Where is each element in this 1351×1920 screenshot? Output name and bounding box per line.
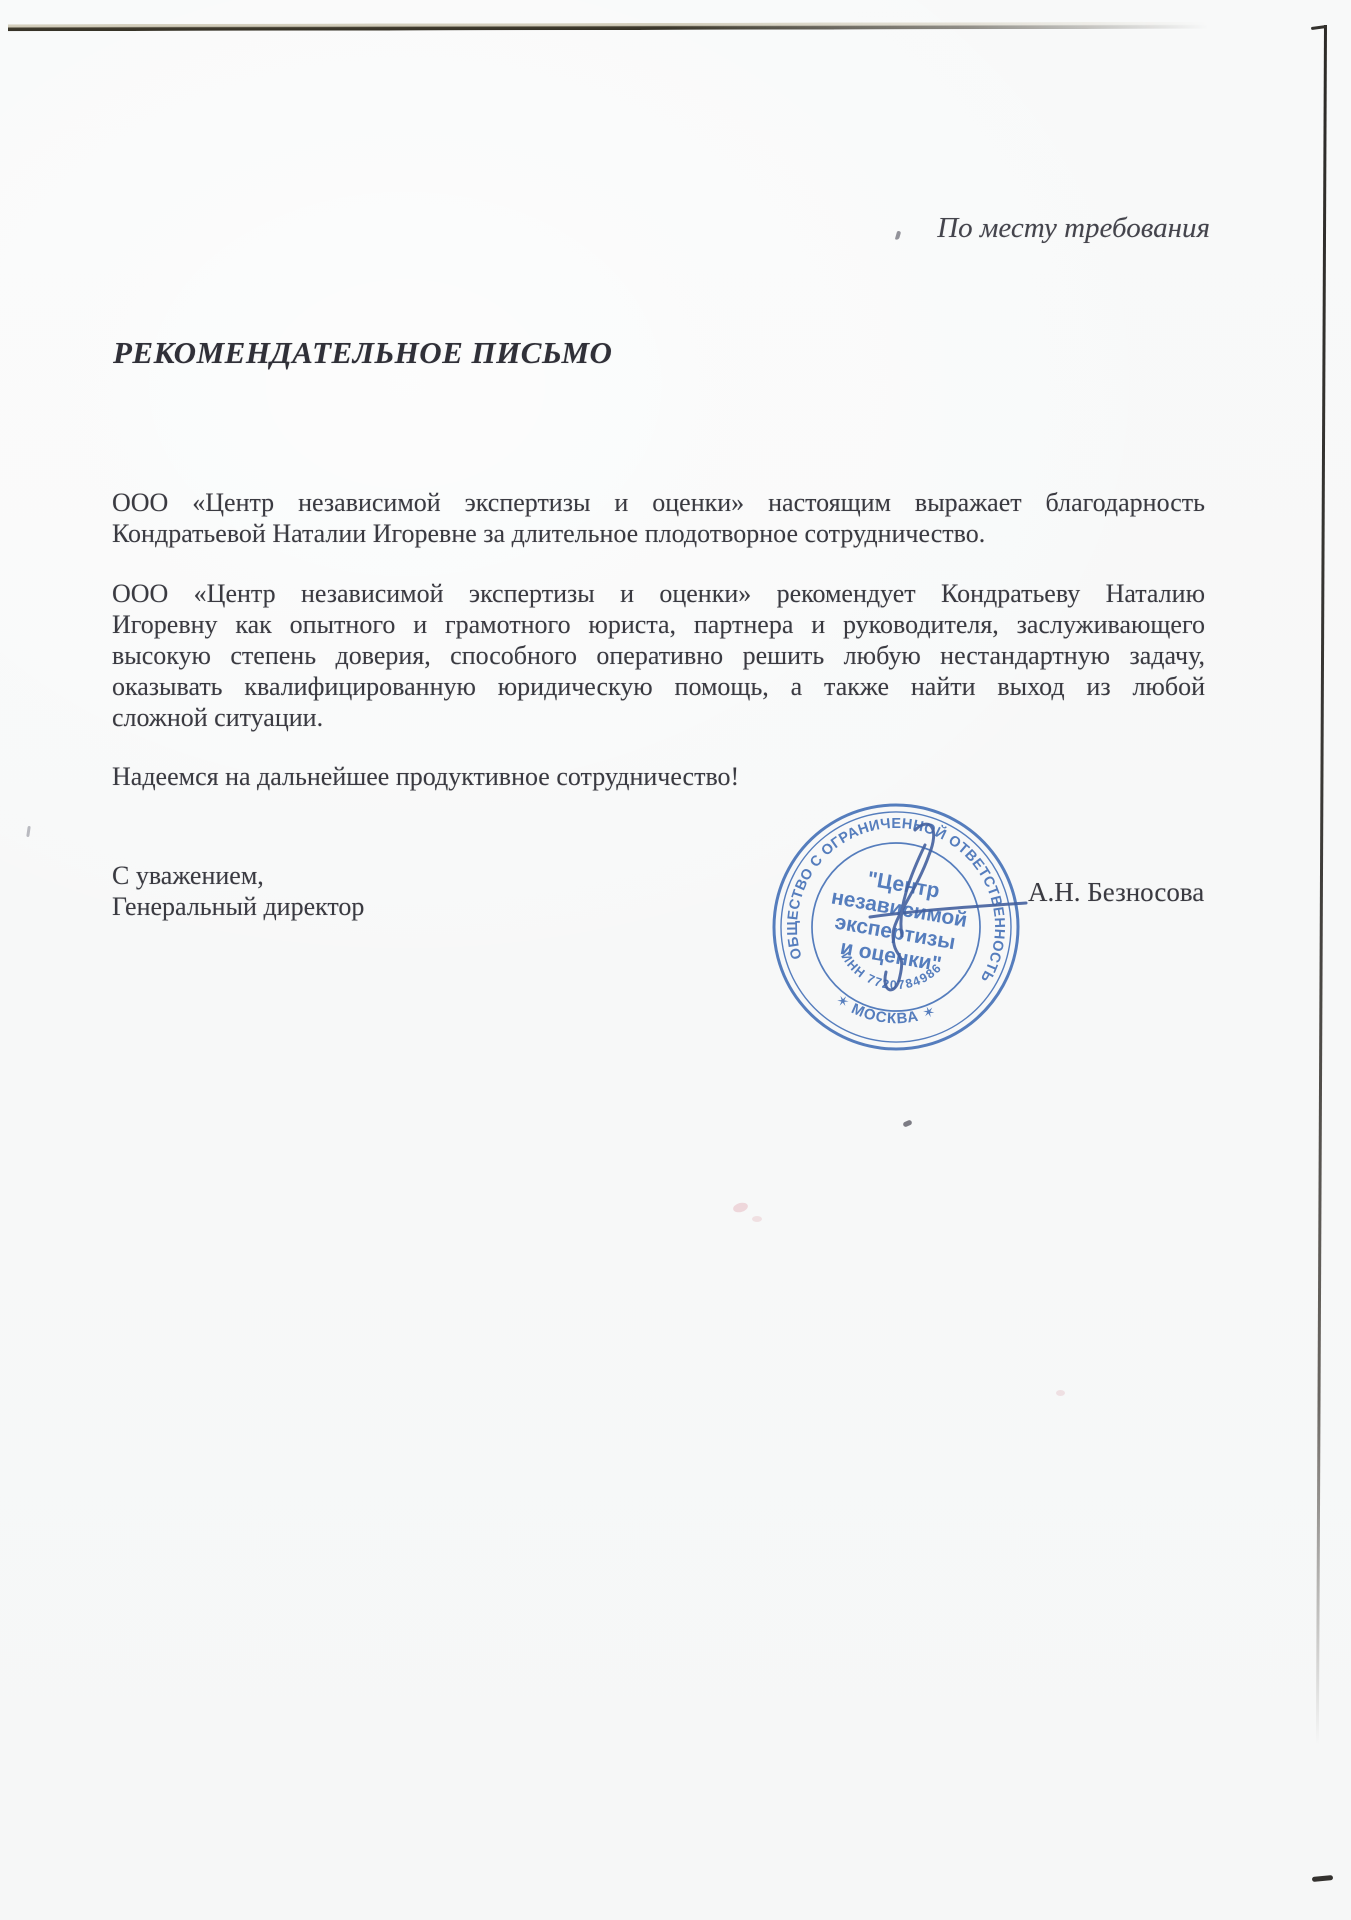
paragraph-line: Надеемся на дальнейшее продуктивное сотр…	[112, 761, 1205, 792]
paragraph-recommendation: ООО «Центр независимой экспертизы и оцен…	[112, 578, 1205, 733]
closing-regards: С уважением,	[112, 860, 364, 891]
scan-smudge	[752, 1216, 762, 1222]
addressee-note: По месту требования	[937, 211, 1210, 245]
paragraph-line: ООО «Центр независимой экспертизы и оцен…	[112, 578, 1205, 609]
paragraph-line: Кондратьевой Наталии Игоревне за длитель…	[112, 518, 1205, 549]
closing-block: С уважением, Генеральный директор	[112, 860, 364, 922]
scan-speck	[895, 231, 901, 241]
letter-title: РЕКОМЕНДАТЕЛЬНОЕ ПИСЬМО	[113, 334, 612, 372]
paragraph-line: ООО «Центр независимой экспертизы и оцен…	[112, 487, 1205, 518]
paragraph-line: оказывать квалифицированную юридическую …	[112, 671, 1205, 702]
closing-position: Генеральный директор	[112, 891, 364, 922]
scan-speck	[902, 1119, 912, 1127]
signature-stroke-underline	[870, 903, 1026, 917]
signer-name: А.Н. Безносова	[1028, 876, 1204, 908]
paragraph-line: сложной ситуации.	[112, 702, 1205, 733]
paragraph-hope: Надеемся на дальнейшее продуктивное сотр…	[112, 761, 1205, 792]
paragraph-gratitude: ООО «Центр независимой экспертизы и оцен…	[112, 487, 1205, 549]
scan-smudge	[1056, 1390, 1065, 1396]
signature	[830, 800, 1050, 1030]
scan-speck	[26, 826, 31, 837]
scan-artifact-right-line	[1316, 25, 1327, 1745]
paragraph-line: Игоревну как опытного и грамотного юрист…	[112, 609, 1205, 640]
scan-artifact-bottom-dash	[1312, 1875, 1333, 1882]
scan-artifact-top-line	[8, 22, 1208, 32]
scan-smudge	[732, 1201, 749, 1214]
scanned-letter-page: По месту требования РЕКОМЕНДАТЕЛЬНОЕ ПИС…	[0, 0, 1351, 1920]
paragraph-line: высокую степень доверия, способного опер…	[112, 640, 1205, 671]
signature-stroke-loop	[885, 824, 934, 990]
